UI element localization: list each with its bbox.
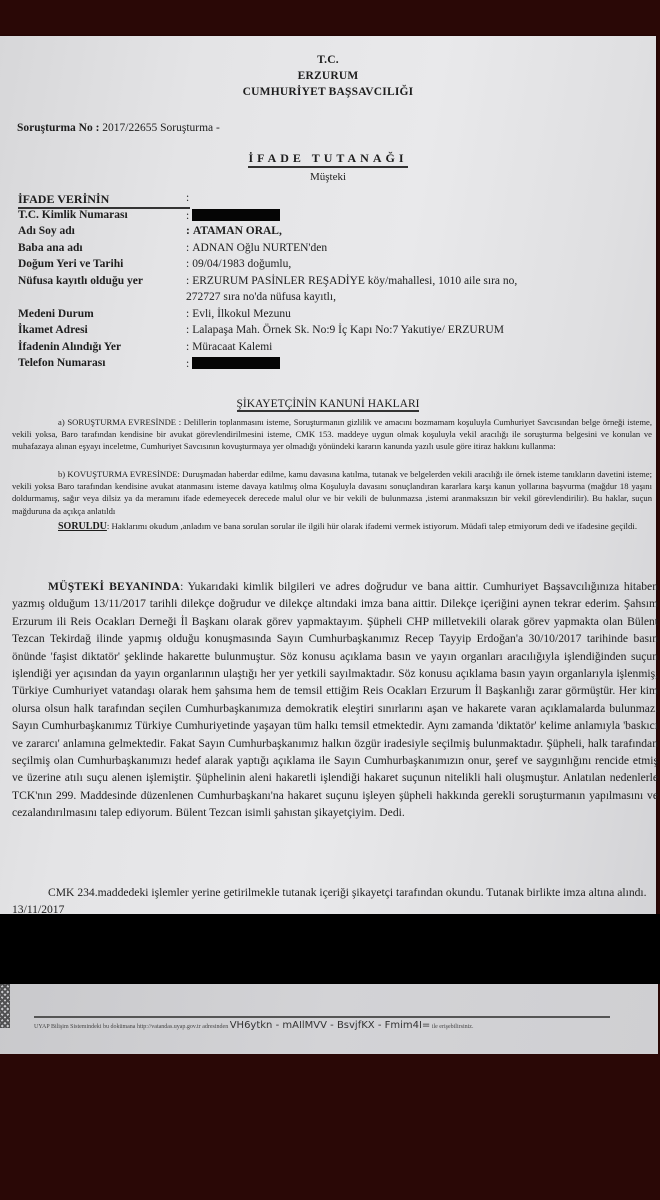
document-page: T.C. ERZURUM CUMHURİYET BAŞSAVCILIĞI Sor… [0, 36, 656, 914]
asked-section: SORULDU: Haklarımı okudum ,anladım ve ba… [12, 520, 652, 533]
rights-title: ŞİKAYETÇİNİN KANUNİ HAKLARI [0, 398, 656, 410]
verification-code: VH6ytkn - mAIlMVV - BsvjfKX - Fmim4I= [230, 1020, 431, 1031]
field-tc-id: T.C. Kimlik Numarası : [18, 209, 648, 226]
field-name: Adı Soy adı :ATAMAN ORAL, [18, 225, 648, 242]
header-tc: T.C. [0, 54, 656, 66]
document-subtitle: Müşteki [0, 171, 656, 183]
redaction-band [0, 914, 660, 984]
form-section-header: İFADE VERİNİN : [18, 192, 648, 209]
field-birth: Doğum Yeri ve Tarihi :09/04/1983 doğumlu… [18, 258, 648, 275]
document-footer: UYAP Bilişim Sistemindeki bu dokümana ht… [0, 984, 658, 1054]
investigation-number: Soruşturma No : 2017/22655 Soruşturma - [17, 122, 220, 134]
field-phone: Telefon Numarası : [18, 357, 648, 374]
field-marital: Medeni Durum :Evli, İlkokul Mezunu [18, 308, 648, 325]
identity-form: İFADE VERİNİN : T.C. Kimlik Numarası : A… [18, 192, 648, 374]
rights-investigation-phase: a) SORUŞTURMA EVRESİNDE : Delillerin top… [12, 416, 652, 453]
document-title: İFADE TUTANAĞI [0, 151, 656, 166]
field-registry: Nüfusa kayıtlı olduğu yer :ERZURUM PASİN… [18, 275, 648, 308]
rights-prosecution-phase: b) KOVUŞTURMA EVRESİNDE: Duruşmadan habe… [12, 468, 652, 517]
redacted-tc-id [192, 209, 280, 221]
complainant-statement: MÜŞTEKİ BEYANINDA: Yukarıdaki kimlik bil… [12, 578, 658, 822]
statement-lead: MÜŞTEKİ BEYANINDA [48, 580, 180, 593]
field-address: İkamet Adresi :Lalapaşa Mah. Örnek Sk. N… [18, 324, 648, 341]
header-city: ERZURUM [0, 70, 656, 82]
header-office: CUMHURİYET BAŞSAVCILIĞI [0, 86, 656, 98]
field-location: İfadenin Alındığı Yer :Müracaat Kalemi [18, 341, 648, 358]
investigation-value: 2017/22655 Soruşturma - [102, 122, 220, 134]
field-parents: Baba ana adı :ADNAN Oğlu NURTEN'den [18, 242, 648, 259]
qr-code-icon [0, 984, 10, 1028]
uyap-verification: UYAP Bilişim Sistemindeki bu dokümana ht… [34, 1020, 473, 1031]
redacted-phone [192, 357, 280, 369]
footer-divider [34, 1016, 610, 1018]
investigation-label: Soruşturma No : [17, 122, 99, 134]
